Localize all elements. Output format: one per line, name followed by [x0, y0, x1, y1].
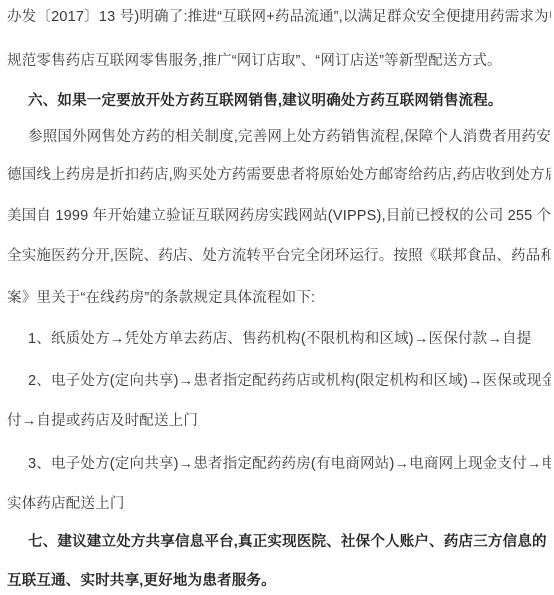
- paragraph-body-line: 全实施医药分开,医院、药店、处方流转平台完全闭环运行。按照《联邦食品、药品和化妆…: [7, 247, 551, 266]
- paragraph-body-line: 美国自 1999 年开始建立验证互联网药房实践网站(VIPPS),目前已授权的公…: [7, 207, 551, 226]
- list-item-3: 3、电子处方(定向共享)→患者指定配药药房(有电商网站)→电商网上现金支付→电商: [7, 455, 551, 474]
- article-page: 办发〔2017〕13 号)明确了:推进“互联网+药品流通”,以满足群众安全便捷用…: [0, 0, 554, 595]
- list-item-2-continuation: 付→自提或药店及时配送上门: [7, 412, 551, 431]
- list-item-1: 1、纸质处方→凭处方单去药店、售药机构(不限机构和区域)→医保付款→自提: [7, 330, 551, 349]
- paragraph-end-line: 案》里关于“在线药房”的条款规定具体流程如下:: [7, 289, 551, 308]
- list-item-2: 2、电子处方(定向共享)→患者指定配药药店或机构(限定机构和区域)→医保或现金支: [7, 372, 551, 391]
- paragraph-body-line: 德国线上药房是折扣药店,购买处方药需要患者将原始处方邮寄给药店,药店收到处方后再…: [7, 166, 551, 185]
- paragraph-end-line: 规范零售药店互联网零售服务,推广“网订店取”、“网订店送”等新型配送方式。: [7, 52, 551, 71]
- section-heading-six: 六、如果一定要放开处方药互联网销售,建议明确处方药互联网销售流程。: [7, 92, 551, 111]
- paragraph-start-line: 参照国外网售处方药的相关制度,完善网上处方药销售流程,保障个人消费者用药安全。如…: [7, 128, 551, 147]
- list-item-3-continuation: 实体药店配送上门: [7, 495, 551, 514]
- section-heading-seven-continuation: 互联互通、实时共享,更好地为患者服务。: [7, 572, 551, 591]
- paragraph-continuation-line: 办发〔2017〕13 号)明确了:推进“互联网+药品流通”,以满足群众安全便捷用…: [7, 8, 551, 27]
- section-heading-seven: 七、建议建立处方共享信息平台,真正实现医院、社保个人账户、药店三方信息的: [7, 533, 551, 552]
